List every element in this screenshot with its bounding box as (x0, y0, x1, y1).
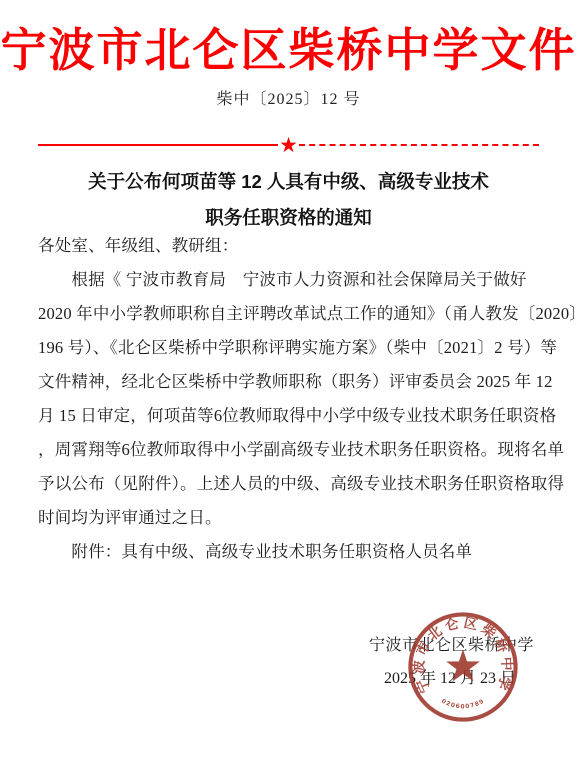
divider-line-left (38, 144, 278, 146)
body-line-salutation: 各处室、年级组、教研组： (38, 229, 539, 263)
document-header-title: 宁波市北仑区柴桥中学文件 (0, 24, 577, 76)
body-line: 时间均为评审通过之日。 (38, 501, 539, 535)
header-divider: ★ (38, 133, 539, 157)
document-body: 各处室、年级组、教研组： 根据《 宁波市教育局 宁波市人力资源和社会保障局关于做… (38, 229, 539, 569)
seal-star-icon (446, 649, 480, 681)
official-seal: 宁波市北仑区柴桥中学 3302060078949 (404, 608, 522, 726)
document-number: 柴中〔2025〕12 号 (0, 90, 577, 110)
document-page: 宁波市北仑区柴桥中学文件 柴中〔2025〕12 号 ★ 关于公布何项苗等 12 … (0, 0, 577, 783)
star-icon: ★ (279, 135, 298, 156)
notice-title-line1: 关于公布何项苗等 12 人具有中级、高级专业技术 (38, 164, 539, 200)
body-line: 根据《 宁波市教育局 宁波市人力资源和社会保障局关于做好 (38, 263, 539, 297)
body-line-attachment: 附件：具有中级、高级专业技术职务任职资格人员名单 (38, 535, 539, 569)
body-line: 196 号）、《北仑区柴桥中学职称评聘实施方案》（柴中〔2021〕2 号）等 (38, 331, 539, 365)
body-line: 月 15 日审定，何项苗等6位教师取得中小学中级专业技术职务任职资格 (38, 399, 539, 433)
divider-line-right (299, 144, 539, 146)
body-line: 文件精神，经北仑区柴桥中学教师职称（职务）评审委员会 2025 年 12 (38, 365, 539, 399)
body-line: 2020 年中小学教师职称自主评聘改革试点工作的通知》（甬人教发〔2020〕 (38, 297, 539, 331)
body-line: 予以公布（见附件）。上述人员的中级、高级专业技术职务任职资格取得 (38, 467, 539, 501)
notice-title: 关于公布何项苗等 12 人具有中级、高级专业技术 职务任职资格的通知 (38, 164, 539, 236)
body-line: ，周霄翔等6位教师取得中小学副高级专业技术职务任职资格。现将名单 (38, 433, 539, 467)
